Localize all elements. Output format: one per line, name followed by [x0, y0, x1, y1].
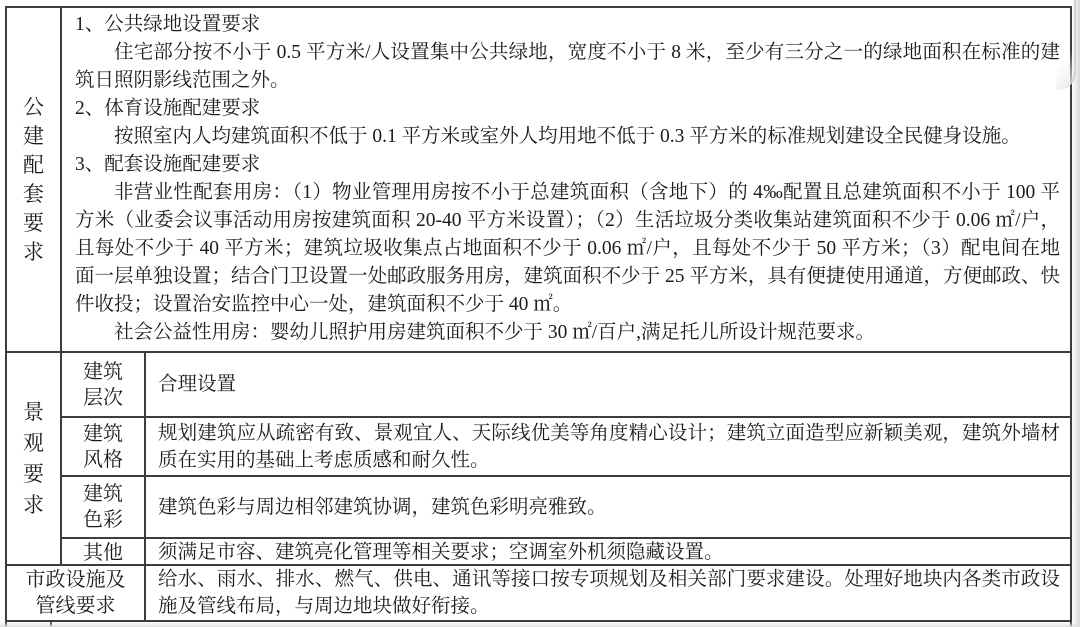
- municipal-utilities-content-cell: 给水、雨水、排水、燃气、供电、通讯等接口按专项规划及相关部门要求建设。处理好地块…: [144, 566, 1070, 620]
- table-row-landscape: 景观要求 建筑层次 合理设置 建筑风格 规划建筑应从疏密有致、景观宜: [7, 351, 1070, 564]
- subrow-label-text: 建筑层次: [76, 359, 130, 411]
- requirement-paragraph: 按照室内人均建筑面积不低于 0.1 平方米或室外人均用地不低于 0.3 平方米的…: [75, 123, 1060, 151]
- subrow-label-text: 其他: [83, 540, 123, 566]
- subrow-building-color: 建筑色彩 建筑色彩与周边相邻建筑协调，建筑色彩明亮雅致。: [62, 475, 1070, 537]
- requirement-paragraph: 住宅部分按不小于 0.5 平方米/人设置集中公共绿地，宽度不小于 8 米，至少有…: [75, 39, 1060, 95]
- subrow-label: 建筑层次: [62, 353, 144, 416]
- subrow-other: 其他 须满足市容、建筑亮化管理等相关要求；空调室外机须隐藏设置。: [62, 537, 1070, 566]
- subrow-content-text: 建筑色彩与周边相邻建筑协调，建筑色彩明亮雅致。: [158, 494, 607, 521]
- requirement-paragraph: 2、体育设施配建要求: [75, 95, 1060, 123]
- requirement-paragraph: 社会公益性用房：婴幼儿照护用房建筑面积不少于 30 ㎡/百户,满足托儿所设计规范…: [75, 319, 1060, 347]
- municipal-utilities-text: 给水、雨水、排水、燃气、供电、通讯等接口按专项规划及相关部门要求建设。处理好地块…: [158, 566, 1060, 620]
- row-header-label: 公建配套要求: [21, 93, 45, 267]
- subrow-building-levels: 建筑层次 合理设置: [62, 353, 1070, 416]
- row-header-landscape: 景观要求: [7, 353, 60, 564]
- scan-edge-shadow-right: [1072, 0, 1080, 627]
- row-header-public-facilities: 公建配套要求: [7, 8, 60, 351]
- scanned-document-page: 公建配套要求 1、公共绿地设置要求 住宅部分按不小于 0.5 平方米/人设置集中…: [0, 0, 1080, 627]
- row-header-municipal-utilities: 市政设施及管线要求: [7, 566, 144, 620]
- requirement-paragraph: 3、配套设施配建要求: [75, 151, 1060, 179]
- requirement-paragraph: 非营业性配套用房：（1）物业管理用房按不小于总建筑面积（含地下）的 4‰配置且总…: [75, 179, 1060, 319]
- subrow-label-text: 建筑色彩: [76, 481, 130, 533]
- subrow-content: 合理设置: [144, 353, 1070, 416]
- subrow-label-text: 建筑风格: [76, 421, 130, 473]
- requirement-paragraph: 1、公共绿地设置要求: [75, 11, 1060, 39]
- scan-edge-shadow-bottom: [0, 622, 1080, 627]
- subrow-content: 规划建筑应从疏密有致、景观宜人、天际线优美等角度精心设计；建筑立面造型应新颖美观…: [144, 418, 1070, 475]
- row-header-label: 市政设施及管线要求: [17, 567, 134, 619]
- subrow-content: 建筑色彩与周边相邻建筑协调，建筑色彩明亮雅致。: [144, 477, 1070, 537]
- subrow-label: 其他: [62, 539, 144, 566]
- subrow-content-text: 须满足市容、建筑亮化管理等相关要求；空调室外机须隐藏设置。: [158, 539, 724, 566]
- subrow-content-text: 合理设置: [158, 371, 236, 398]
- row-header-label: 景观要求: [21, 397, 45, 521]
- subrow-building-style: 建筑风格 规划建筑应从疏密有致、景观宜人、天际线优美等角度精心设计；建筑立面造型…: [62, 416, 1070, 475]
- subrow-content-text: 规划建筑应从疏密有致、景观宜人、天际线优美等角度精心设计；建筑立面造型应新颖美观…: [158, 420, 1060, 474]
- public-facilities-content-cell: 1、公共绿地设置要求 住宅部分按不小于 0.5 平方米/人设置集中公共绿地，宽度…: [60, 8, 1070, 351]
- landscape-subrows: 建筑层次 合理设置 建筑风格 规划建筑应从疏密有致、景观宜人、天际线优美等角度精…: [60, 353, 1070, 564]
- subrow-label: 建筑风格: [62, 418, 144, 475]
- planning-requirements-table: 公建配套要求 1、公共绿地设置要求 住宅部分按不小于 0.5 平方米/人设置集中…: [5, 6, 1072, 627]
- table-row-public-facilities: 公建配套要求 1、公共绿地设置要求 住宅部分按不小于 0.5 平方米/人设置集中…: [7, 8, 1070, 351]
- subrow-content: 须满足市容、建筑亮化管理等相关要求；空调室外机须隐藏设置。: [144, 539, 1070, 566]
- table-row-municipal-utilities: 市政设施及管线要求 给水、雨水、排水、燃气、供电、通讯等接口按专项规划及相关部门…: [7, 564, 1070, 620]
- subrow-label: 建筑色彩: [62, 477, 144, 537]
